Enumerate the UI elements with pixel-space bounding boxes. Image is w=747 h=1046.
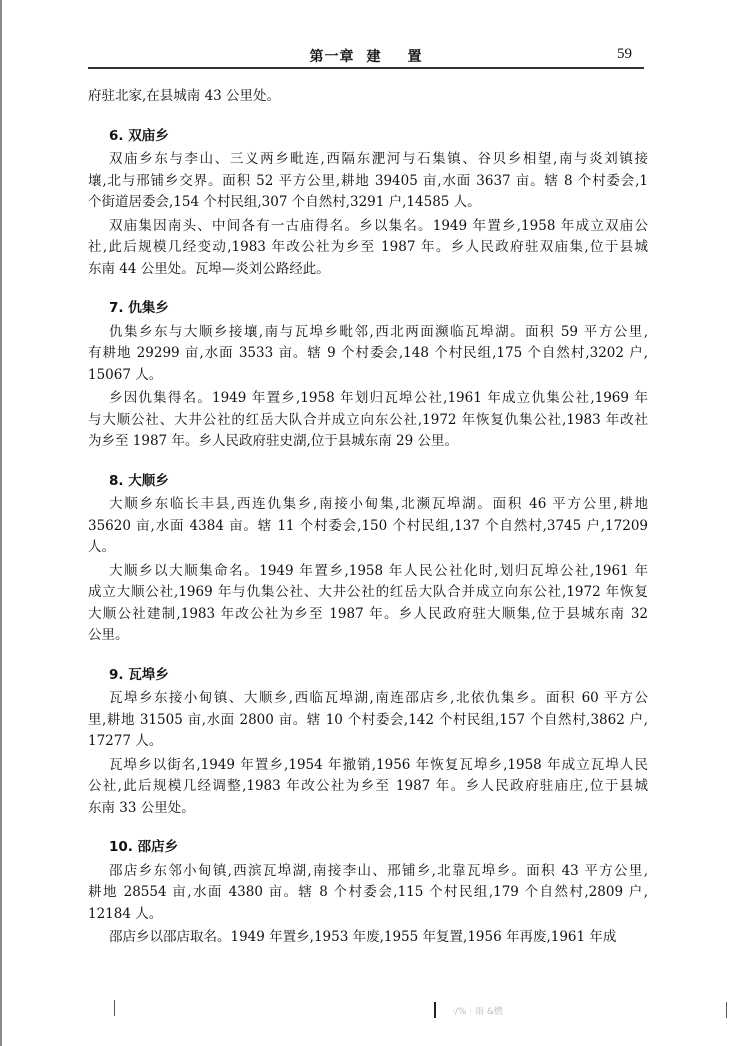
text-line: 耕地 28554 亩,水面 4380 亩。辖 8 个村委会,115 个村民组,1… [88,882,648,904]
footer-scan-artifact: ·/% · 雨 &燃 [452,1004,503,1017]
text-line: 大顺公社建制,1983 年改公社为乡至 1987 年。乡人民政府驻大顺集,位于县… [88,604,648,626]
text-line: 有耕地 29299 亩,水面 3533 亩。辖 9 个村委会,148 个村民组,… [88,343,648,365]
text-line: 35620 亩,水面 4384 亩。辖 11 个村委会,150 个村民组,137… [88,516,648,538]
paragraph: 大顺乡以大顺集命名。1949 年置乡,1958 年人民公社化时,划归瓦埠公社,1… [88,561,648,647]
paragraph: 瓦埠乡以街名,1949 年置乡,1954 年撤销,1956 年恢复瓦埠乡,195… [88,755,648,820]
paragraph: 双庙集因南头、中间各有一古庙得名。乡以集名。1949 年置乡,1958 年成立双… [88,216,648,281]
section-heading: 7. 仇集乡 [88,298,648,320]
text-line: 壤,北与邢铺乡交界。面积 52 平方公里,耕地 39405 亩,水面 3637 … [88,171,648,193]
paragraph: 邵店乡以邵店取名。1949 年置乡,1953 年废,1955 年复置,1956 … [88,927,648,949]
section-heading: 10. 邵店乡 [88,837,648,859]
paragraph: 瓦埠乡东接小甸镇、大顺乡,西临瓦埠湖,南连邵店乡,北依仇集乡。面积 60 平方公… [88,688,648,753]
text-line: 瓦埠乡东接小甸镇、大顺乡,西临瓦埠湖,南连邵店乡,北依仇集乡。面积 60 平方公 [88,688,648,710]
text-line: 仇集乡东与大顺乡接壤,南与瓦埠乡毗邻,西北两面濒临瓦埠湖。面积 59 平方公里, [88,322,648,344]
township-section: 8. 大顺乡大顺乡东临长丰县,西连仇集乡,南接小甸集,北濒瓦埠湖。面积 46 平… [88,471,648,647]
footer-crop-mark [114,1000,115,1016]
footer-crop-mark [726,1002,727,1018]
text-line: 东南 44 公里处。瓦埠—炎刘公路经此。 [88,259,648,281]
page-number: 59 [617,46,632,63]
section-heading: 8. 大顺乡 [88,471,648,493]
paragraph: 大顺乡东临长丰县,西连仇集乡,南接小甸集,北濒瓦埠湖。面积 46 平方公里,耕地… [88,494,648,559]
text-line: 东南 33 公里处。 [88,798,648,820]
text-line: 公里。 [88,625,648,647]
text-line: 公社,此后规模几经调整,1983 年改公社为乡至 1987 年。乡人民政府驻庙庄… [88,776,648,798]
text-line: 双庙乡东与李山、三义两乡毗连,西隔东淝河与石集镇、谷贝乡相望,南与炎刘镇接 [88,149,648,171]
chapter-title-char-1: 建 [367,49,382,65]
section-heading: 9. 瓦埠乡 [88,665,648,687]
text-line: 个街道居委会,154 个村民组,307 个自然村,3291 户,14585 人。 [88,192,648,214]
carryover-paragraph: 府驻北家,在县城南 43 公里处。 [88,86,648,108]
text-line: 12184 人。 [88,904,648,926]
township-section: 9. 瓦埠乡瓦埠乡东接小甸镇、大顺乡,西临瓦埠湖,南连邵店乡,北依仇集乡。面积 … [88,665,648,820]
text-line: 里,耕地 31505 亩,水面 2800 亩。辖 10 个村委会,142 个村民… [88,710,648,732]
text-line: 乡因仇集得名。1949 年置乡,1958 年划归瓦埠公社,1961 年成立仇集公… [88,388,648,410]
text-line: 大顺乡东临长丰县,西连仇集乡,南接小甸集,北濒瓦埠湖。面积 46 平方公里,耕地 [88,494,648,516]
text-line: 双庙集因南头、中间各有一古庙得名。乡以集名。1949 年置乡,1958 年成立双… [88,216,648,238]
footer-crop-mark [434,1002,436,1018]
text-line: 大顺乡以大顺集命名。1949 年置乡,1958 年人民公社化时,划归瓦埠公社,1… [88,561,648,583]
paragraph: 双庙乡东与李山、三义两乡毗连,西隔东淝河与石集镇、谷贝乡相望,南与炎刘镇接壤,北… [88,149,648,214]
text-line: 成立大顺公社,1969 年与仇集公社、大井公社的红岳大队合并成立向东公社,197… [88,582,648,604]
page-left-border [0,0,2,1046]
text-line: 社,此后规模几经变动,1983 年改公社为乡至 1987 年。乡人民政府驻双庙集… [88,237,648,259]
text-line: 为乡至 1987 年。乡人民政府驻史湖,位于县城东南 29 公里。 [88,431,648,453]
paragraph: 乡因仇集得名。1949 年置乡,1958 年划归瓦埠公社,1961 年成立仇集公… [88,388,648,453]
text-line: 邵店乡以邵店取名。1949 年置乡,1953 年废,1955 年复置,1956 … [88,927,648,949]
paragraph: 仇集乡东与大顺乡接壤,南与瓦埠乡毗邻,西北两面濒临瓦埠湖。面积 59 平方公里,… [88,322,648,387]
running-header: 第一章建置 59 [88,44,644,68]
paragraph: 邵店乡东邻小甸镇,西滨瓦埠湖,南接李山、邢铺乡,北靠瓦埠乡。面积 43 平方公里… [88,861,648,926]
text-line: 17277 人。 [88,731,648,753]
chapter-title: 第一章建置 [88,46,644,66]
text-line: 人。 [88,537,648,559]
township-section: 10. 邵店乡邵店乡东邻小甸镇,西滨瓦埠湖,南接李山、邢铺乡,北靠瓦埠乡。面积 … [88,837,648,949]
chapter-title-char-2: 置 [408,49,423,65]
section-heading: 6. 双庙乡 [88,126,648,148]
township-section: 7. 仇集乡仇集乡东与大顺乡接壤,南与瓦埠乡毗邻,西北两面濒临瓦埠湖。面积 59… [88,298,648,453]
page-body: 府驻北家,在县城南 43 公里处。 6. 双庙乡双庙乡东与李山、三义两乡毗连,西… [88,84,648,949]
text-line: 府驻北家,在县城南 43 公里处。 [88,86,648,108]
township-section: 6. 双庙乡双庙乡东与李山、三义两乡毗连,西隔东淝河与石集镇、谷贝乡相望,南与炎… [88,126,648,281]
text-line: 瓦埠乡以街名,1949 年置乡,1954 年撤销,1956 年恢复瓦埠乡,195… [88,755,648,777]
chapter-number: 第一章 [310,49,355,65]
text-line: 15067 人。 [88,365,648,387]
text-line: 与大顺公社、大井公社的红岳大队合并成立向东公社,1972 年恢复仇集公社,198… [88,410,648,432]
header-rule [88,67,644,69]
text-line: 邵店乡东邻小甸镇,西滨瓦埠湖,南接李山、邢铺乡,北靠瓦埠乡。面积 43 平方公里… [88,861,648,883]
